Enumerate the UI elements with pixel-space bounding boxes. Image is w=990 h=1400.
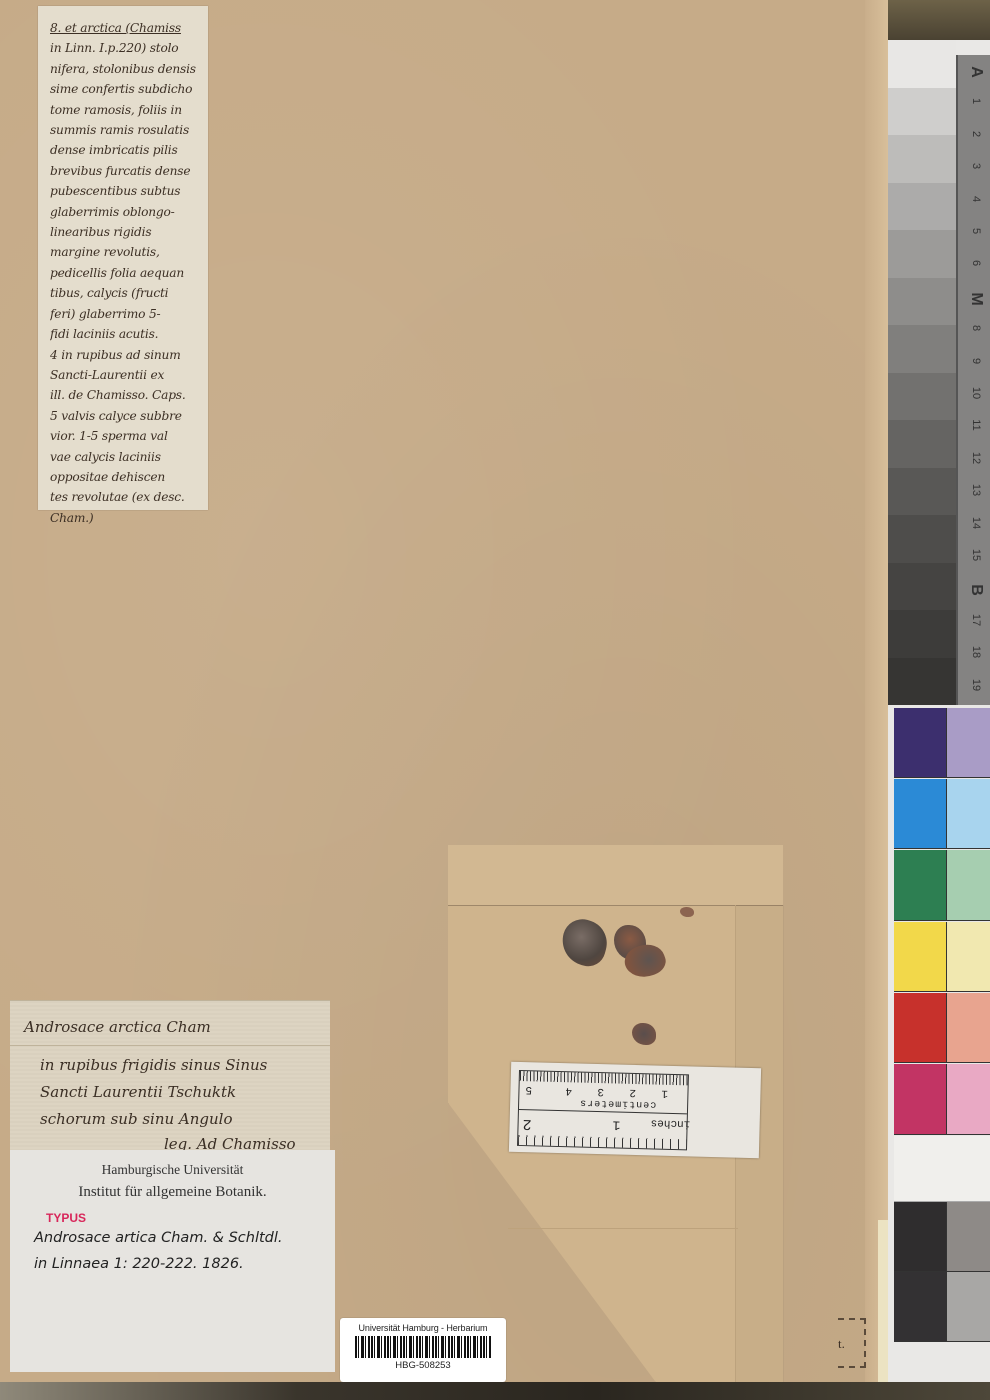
protocol-line: dense imbricatis pilis xyxy=(50,140,198,160)
color-swatch-light xyxy=(946,779,990,849)
color-swatch-dark xyxy=(894,779,946,849)
color-swatch-light xyxy=(946,1202,990,1272)
scale-mark: B xyxy=(967,576,985,604)
barcode-label: Universität Hamburg - Herbarium HBG-5082… xyxy=(340,1318,506,1382)
color-swatch-dark xyxy=(894,850,946,921)
protocol-line: linearibus rigidis xyxy=(50,222,198,242)
color-swatch-light xyxy=(946,1272,990,1342)
gray-step xyxy=(888,88,956,136)
inch-label: inches xyxy=(651,1116,691,1129)
color-swatch-dark xyxy=(894,1272,946,1342)
scale-mark: 17 xyxy=(970,606,982,634)
scale-mark: 14 xyxy=(970,509,982,537)
protocol-line: oppositae dehiscen xyxy=(50,467,198,487)
institution-name: Hamburgische Universität xyxy=(22,1162,323,1178)
gray-step xyxy=(888,563,956,611)
color-swatch-light xyxy=(946,850,990,921)
scale-strip: A123456M89101112131415B171819 xyxy=(956,55,990,705)
protocol-line: tome ramosis, foliis in xyxy=(50,100,198,120)
color-swatch-dark xyxy=(894,1202,946,1272)
scale-mark: 6 xyxy=(970,249,982,277)
grayscale-steps xyxy=(888,40,956,705)
collector-label: Androsace arctica Cham in rupibus frigid… xyxy=(10,1000,330,1150)
color-swatch-dark xyxy=(894,708,946,778)
protocol-line: summis ramis rosulatis xyxy=(50,120,198,140)
color-swatch-light xyxy=(946,993,990,1063)
scanner-background xyxy=(888,0,990,40)
scale-mark: M xyxy=(967,285,985,313)
scale-mark: 2 xyxy=(970,120,982,148)
gray-step xyxy=(888,40,956,88)
scale-mark: 3 xyxy=(970,152,982,180)
color-swatch-light xyxy=(946,1064,990,1135)
barcode-title: Universität Hamburg - Herbarium xyxy=(340,1323,506,1333)
gray-step xyxy=(888,278,956,326)
cm-label: centimeters xyxy=(579,1097,656,1110)
scale-mark: A xyxy=(967,58,985,86)
scale-mark: 8 xyxy=(970,314,982,342)
protocol-line: fidi laciniis acutis. xyxy=(50,324,198,344)
swatch-row xyxy=(888,850,990,920)
protocol-line: tes revolutae (ex desc. xyxy=(50,487,198,507)
protocol-line: nifera, stolonibus densis xyxy=(50,59,198,79)
scale-mark: 18 xyxy=(970,638,982,666)
swatch-row xyxy=(888,708,990,778)
cm-number: 2 xyxy=(629,1086,636,1098)
white-swatch xyxy=(894,1136,990,1202)
protocol-line: 8. et arctica (Chamiss xyxy=(50,18,198,38)
scale-mark: 15 xyxy=(970,541,982,569)
gray-step xyxy=(888,230,956,278)
protocol-label: 8. et arctica (Chamissin Linn. I.p.220) … xyxy=(38,6,208,510)
gray-step xyxy=(888,468,956,516)
scale-mark: 12 xyxy=(970,444,982,472)
gray-step xyxy=(888,420,956,468)
scale-mark: 9 xyxy=(970,347,982,375)
swatch-row xyxy=(888,1202,990,1272)
scale-mark: 1 xyxy=(970,87,982,115)
protocol-line: 5 valvis calyce subbre xyxy=(50,406,198,426)
protocol-line: Cham.) xyxy=(50,508,198,528)
swatch-row xyxy=(888,1272,990,1342)
packet-flap xyxy=(448,845,783,906)
scanner-background xyxy=(0,1382,990,1400)
ruler-divider xyxy=(519,1109,687,1114)
collector-label-line: schorum sub sinu Angulo xyxy=(24,1106,316,1133)
institute-name: Institut für allgemeine Botanik. xyxy=(22,1184,323,1201)
inch-ticks xyxy=(518,1135,686,1149)
gray-step xyxy=(888,135,956,183)
protocol-line: in Linn. I.p.220) stolo xyxy=(50,38,198,58)
sheet-edge xyxy=(865,0,888,1382)
collector-label-line: in rupibus frigidis sinus Sinus xyxy=(24,1052,316,1079)
cm-number: 5 xyxy=(525,1083,532,1095)
determination-name: Androsace artica Cham. & Schltdl. xyxy=(22,1225,323,1251)
scale-ruler: 1 2 3 4 5 centimeters inches 1 2 xyxy=(509,1062,761,1159)
swatch-row xyxy=(888,1064,990,1134)
barcode-id: HBG-508253 xyxy=(340,1360,506,1371)
swatch-row xyxy=(888,922,990,992)
protocol-line: vae calycis laciniis xyxy=(50,447,198,467)
gray-step xyxy=(888,610,956,658)
cm-ticks xyxy=(520,1071,688,1085)
color-calibration-card: A123456M89101112131415B171819 xyxy=(888,40,990,1382)
protocol-line: 4 in rupibus ad sinum xyxy=(50,345,198,365)
cm-number: 4 xyxy=(565,1084,572,1096)
specimen-fragment xyxy=(680,907,694,917)
protocol-line: pedicellis folia aequan xyxy=(50,263,198,283)
color-swatch-dark xyxy=(894,922,946,992)
protocol-line: feri) glaberrimo 5- xyxy=(50,304,198,324)
scale-mark: 13 xyxy=(970,476,982,504)
sheet-edge-underlay xyxy=(878,1220,888,1382)
scale-mark: 11 xyxy=(970,411,982,439)
protocol-line: pubescentibus subtus xyxy=(50,181,198,201)
typus-stamp: TYPUS xyxy=(46,1211,323,1225)
collector-label-line: Sancti Laurentii Tschuktk xyxy=(24,1079,316,1106)
packet-fold-line xyxy=(508,1228,738,1229)
protocol-line: Sancti-Laurentii ex xyxy=(50,365,198,385)
protocol-line: vior. 1-5 sperma val xyxy=(50,426,198,446)
protocol-line: brevibus furcatis dense xyxy=(50,161,198,181)
specimen-fragment xyxy=(632,1023,656,1045)
inch-number: 2 xyxy=(522,1115,531,1132)
gray-step xyxy=(888,515,956,563)
cm-number: 1 xyxy=(661,1087,668,1099)
color-swatch-dark xyxy=(894,993,946,1063)
swatch-row xyxy=(888,1136,990,1206)
gray-step xyxy=(888,183,956,231)
gray-step xyxy=(888,373,956,421)
gray-step xyxy=(888,658,956,706)
barcode-icon xyxy=(355,1336,491,1358)
gray-step xyxy=(888,325,956,373)
protocol-line: ill. de Chamisso. Caps. xyxy=(50,385,198,405)
protocol-line: tibus, calycis (fructi xyxy=(50,283,198,303)
color-swatch-light xyxy=(946,922,990,992)
protocol-line: sime confertis subdicho xyxy=(50,79,198,99)
protocol-line: glaberrimis oblongo- xyxy=(50,202,198,222)
ruler-frame: 1 2 3 4 5 centimeters inches 1 2 xyxy=(517,1070,689,1150)
scale-mark: 4 xyxy=(970,185,982,213)
packet-stamp: t. xyxy=(838,1318,866,1368)
collector-label-title: Androsace arctica Cham xyxy=(10,1013,330,1046)
scale-mark: 10 xyxy=(970,379,982,407)
determination-citation: in Linnaea 1: 220-222. 1826. xyxy=(22,1251,323,1277)
inch-number: 1 xyxy=(612,1117,620,1132)
cm-number: 3 xyxy=(597,1085,604,1097)
swatch-row xyxy=(888,993,990,1063)
protocol-line: margine revolutis, xyxy=(50,242,198,262)
scale-mark: 19 xyxy=(970,671,982,699)
swatch-row xyxy=(888,779,990,849)
scale-mark: 5 xyxy=(970,217,982,245)
color-swatch-dark xyxy=(894,1064,946,1135)
institute-label: Hamburgische Universität Institut für al… xyxy=(10,1150,335,1372)
color-swatch-light xyxy=(946,708,990,778)
